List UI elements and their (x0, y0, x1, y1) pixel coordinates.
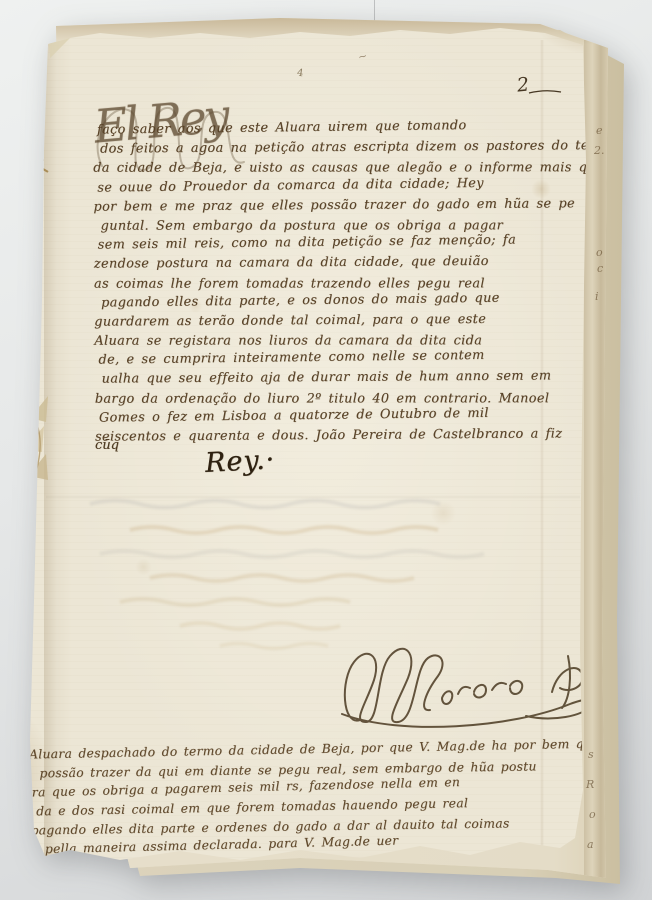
folio-underline (528, 88, 562, 96)
manuscript-page: 2 4 ~ El Rey faço saber aos que este Alu… (0, 0, 652, 900)
manuscript-line: ualha que seu effeito aja de durar mais … (95, 369, 570, 392)
photograph: e 2. o c i s R o a 2 (0, 0, 652, 900)
paraph-mark: cūq (95, 438, 119, 453)
manuscript-line: dos feitos a agoa na petição atras escri… (93, 139, 568, 162)
top-edge-ink-dash: ~ (357, 49, 369, 64)
torn-binding-edge (18, 392, 70, 488)
edge-ink-mark: R (586, 778, 594, 791)
edge-ink-mark: a (587, 838, 594, 851)
binding-stitch (34, 153, 45, 162)
edge-ink-mark: e (596, 124, 603, 137)
main-text-block: faço saber aos que este Aluara uirem que… (93, 119, 570, 448)
manuscript-stack: e 2. o c i s R o a 2 (0, 0, 652, 900)
edge-ink-mark: i (595, 290, 599, 303)
manuscript-line: zendose postura na camara da dita cidade… (94, 254, 569, 277)
edge-ink-mark: 2. (594, 144, 605, 157)
secretary-signature-rubric (330, 628, 605, 740)
manuscript-line: por bem e me praz que elles possão traze… (93, 196, 568, 219)
edge-ink-mark: o (596, 246, 603, 259)
manuscript-line: guardarem as terão donde tal coimal, par… (94, 311, 569, 334)
royal-signature: Rey.· (204, 444, 276, 479)
edge-ink-mark: o (589, 808, 596, 821)
edge-ink-mark: s (588, 748, 594, 761)
edge-ink-mark: c (597, 262, 603, 275)
top-margin-mark: 4 (296, 68, 304, 80)
manuscript-line: seiscentos e quarenta e dous. João Perei… (95, 426, 570, 449)
